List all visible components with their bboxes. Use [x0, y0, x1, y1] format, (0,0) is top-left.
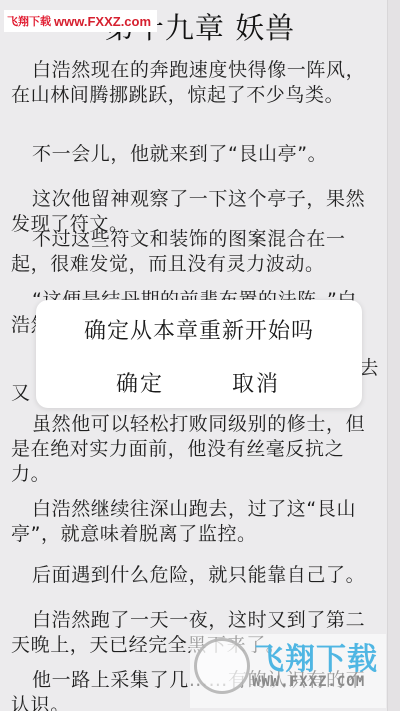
dialog-message: 确定从本章重新开始吗 — [36, 314, 362, 345]
cancel-button[interactable]: 取消 — [232, 367, 280, 398]
logo-url: WWW.FXXZ.COM — [252, 674, 365, 690]
logo-icon — [194, 638, 250, 694]
confirm-button[interactable]: 确定 — [116, 367, 164, 398]
restart-chapter-dialog: 确定从本章重新开始吗 确定 取消 — [36, 300, 362, 408]
logo-text: 飞翔下载 — [254, 634, 378, 678]
watermark-logo: 飞翔下载 WWW.FXXZ.COM — [190, 634, 386, 708]
